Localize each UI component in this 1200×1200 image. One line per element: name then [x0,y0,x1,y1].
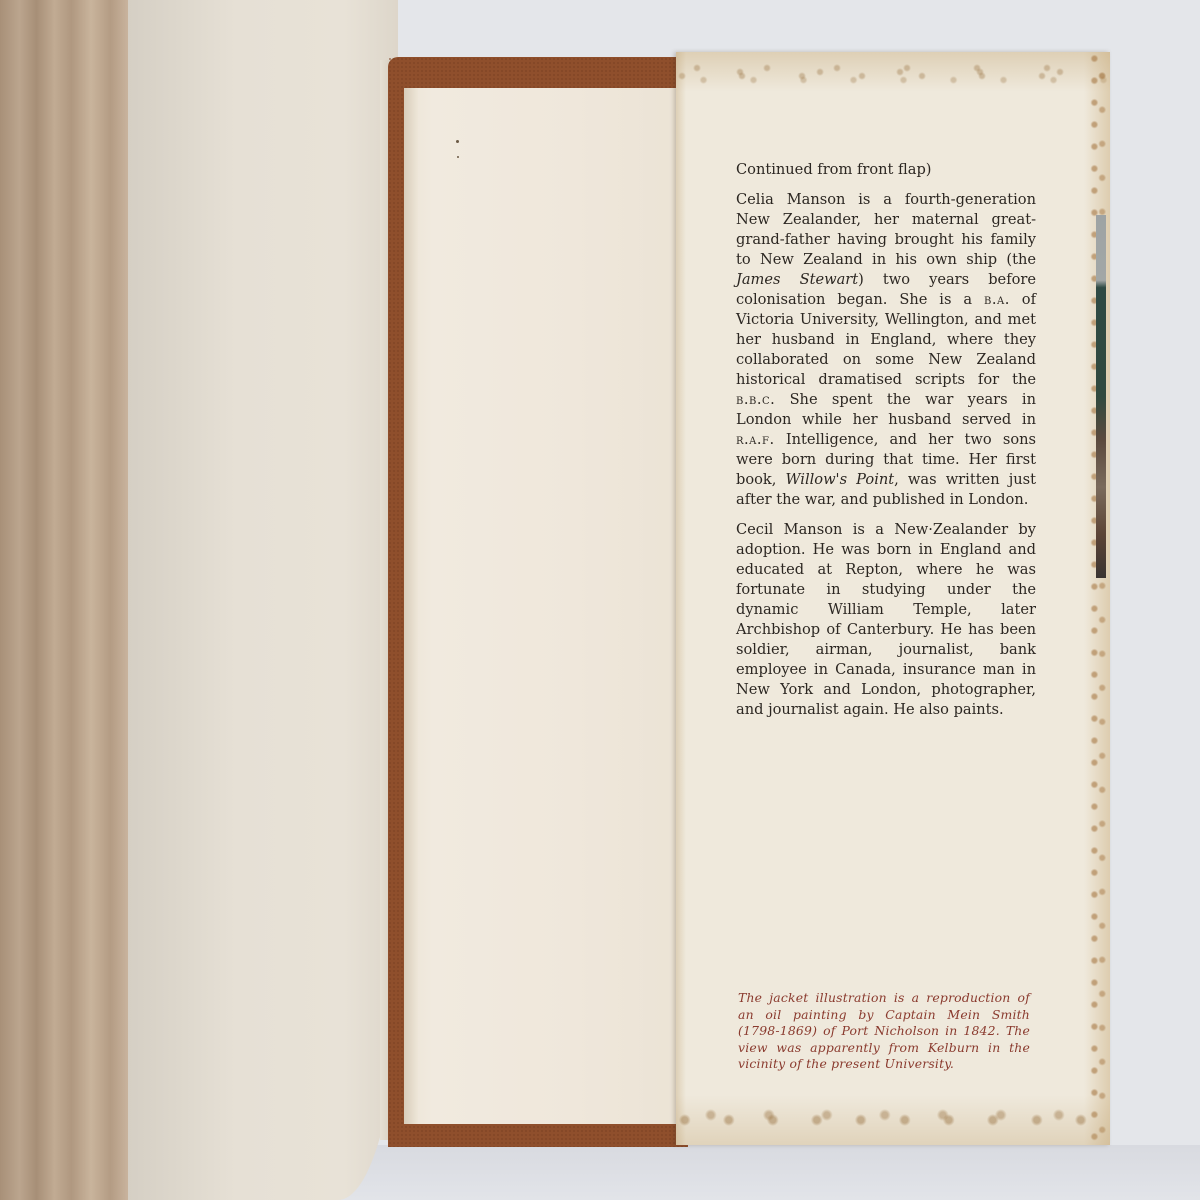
bio-celia-manson: Celia Manson is a fourth-generation New … [736,190,1036,510]
bio-cecil-manson: Cecil Manson is a New·Zealander by adopt… [736,520,1036,720]
endpaper-hinge [404,88,418,1124]
raf-abbr: R.A.F. [736,431,775,448]
flap-text: Continued from front flap) Celia Manson … [736,160,1036,730]
endpaper [404,88,688,1124]
book-photo: Continued from front flap) Celia Manson … [0,0,1200,1200]
foxing-bottom [676,1095,1110,1145]
foxing-top [676,52,1110,92]
bbc-abbr: B.B.C. [736,391,775,408]
page-edges-stack [0,0,130,1200]
bio-text: Celia Manson is a fourth-generation New … [736,191,1036,268]
cover-illustration-edge [1096,215,1106,578]
bio-text: She spent the war years in London while … [736,391,1036,428]
dust-speck [457,156,459,158]
foxing-left [676,52,686,1145]
continued-note: Continued from front flap) [736,160,1036,180]
ship-name: James Stewart [736,271,858,288]
left-page [128,0,398,1200]
degree-abbr: B.A. [984,291,1010,308]
dust-speck [456,140,459,143]
book-title: Willow's Point [786,471,895,488]
jacket-illustration-caption: The jacket illustration is a reproductio… [738,990,1030,1073]
